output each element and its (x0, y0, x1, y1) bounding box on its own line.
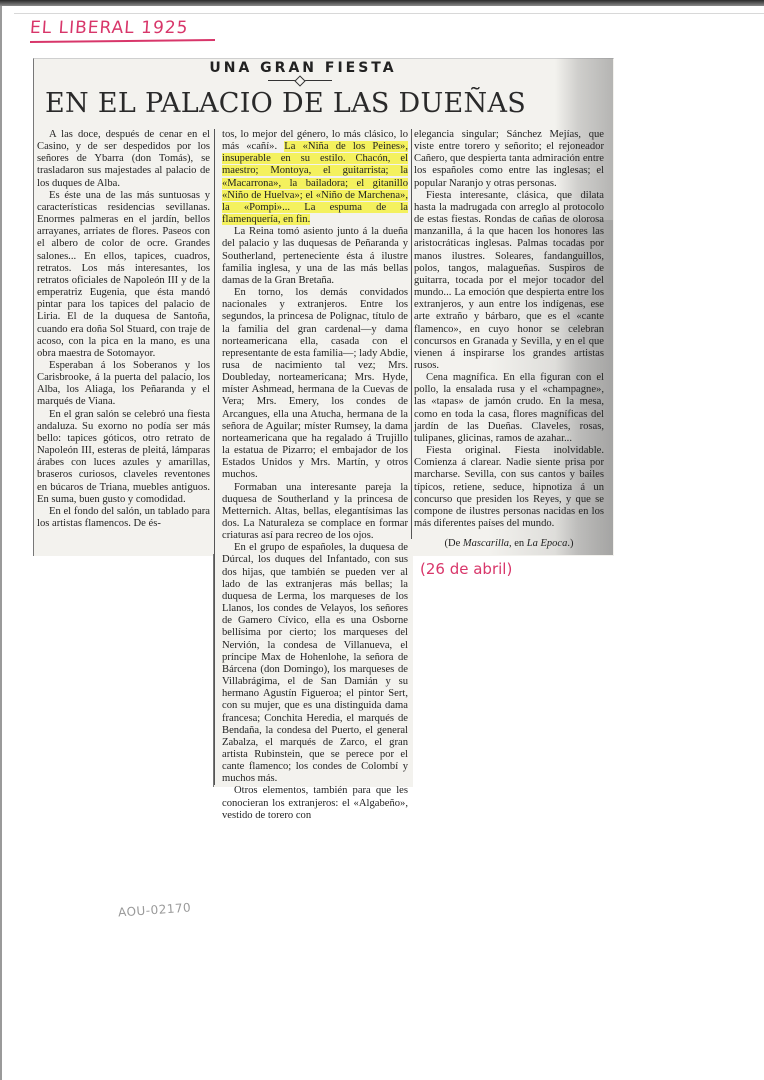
article-kicker: UNA GRAN FIESTA (33, 60, 573, 76)
credit-publication: La Epoca (527, 538, 568, 549)
credit-mid: , en (509, 538, 527, 549)
article-credit: (De Mascarilla, en La Epoca.) (414, 538, 604, 550)
highlighted-text: La «Niña de los Peines», insuperable en … (222, 141, 408, 225)
scanner-edge-top (0, 0, 764, 6)
paragraph: En el fondo del salón, un tablado para l… (37, 506, 210, 530)
column-rule-1 (214, 129, 215, 785)
paragraph: Cena magnífica. En ella figuran con el p… (414, 372, 604, 445)
paragraph: En el grupo de españoles, la duquesa de … (222, 542, 408, 785)
column-rule-2 (411, 129, 412, 539)
credit-prefix: (De (445, 538, 463, 549)
paragraph-continued: tos, lo mejor del género, lo más clásico… (222, 129, 408, 226)
article-column-2: tos, lo mejor del género, lo más clásico… (222, 129, 408, 822)
paragraph: Formaban una interesante pareja la duque… (222, 482, 408, 543)
credit-suffix: .) (567, 538, 573, 549)
paragraph: La Reina tomó asiento junto á la dueña d… (222, 226, 408, 287)
article-headline: EN EL PALACIO DE LAS DUEÑAS (45, 88, 585, 119)
handwritten-archive-reference: AOU-02170 (118, 900, 192, 919)
credit-author: Mascarilla (463, 538, 509, 549)
ornament-divider (268, 80, 332, 81)
paragraph: A las doce, después de cenar en el Casin… (37, 129, 210, 190)
paragraph: En torno, los demás convidados nacionale… (222, 287, 408, 482)
article-column-1: A las doce, después de cenar en el Casin… (37, 129, 210, 530)
paragraph-continued: elegancia singular; Sánchez Mejías, que … (414, 129, 604, 190)
article-column-3: elegancia singular; Sánchez Mejías, que … (414, 129, 604, 550)
paragraph: Otros elementos, también para que les co… (222, 785, 408, 821)
paragraph: Fiesta interesante, clásica, que dilata … (414, 190, 604, 372)
paragraph: Fiesta original. Fiesta inolvidable. Com… (414, 445, 604, 530)
handwritten-date-note: (26 de abril) (420, 560, 512, 578)
page-edge (14, 13, 764, 14)
paragraph: Es éste una de las más suntuosas y carac… (37, 190, 210, 360)
handwritten-underline (30, 39, 215, 43)
scanner-edge-left (0, 6, 2, 1080)
handwritten-source-label: EL LIBERAL 1925 (29, 18, 189, 38)
paragraph: Esperaban á los Soberanos y los Carisbro… (37, 360, 210, 409)
paragraph: En el gran salón se celebró una fiesta a… (37, 409, 210, 506)
